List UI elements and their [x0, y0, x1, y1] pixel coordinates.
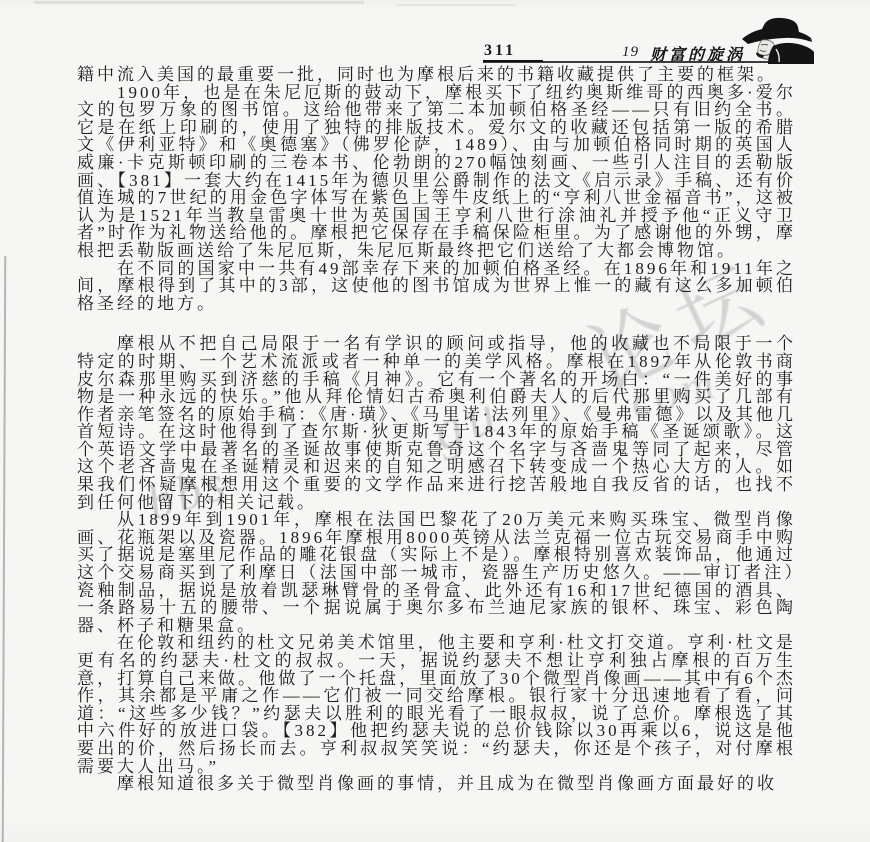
paragraph: 摩根从不把自己局限于一名有学识的顾问或指导，他的收藏也不局限于一个特定的时期、一…: [77, 335, 796, 511]
paragraph: 籍中流入美国的最重要一批，同时也为摩根后来的书籍收藏提供了主要的框架。: [77, 66, 796, 84]
scan-artifact-top-smudge: [396, 4, 516, 6]
paragraph: 在不同的国家中一共有49部幸存下来的加顿伯格圣经。在1896年和1911年之间，…: [77, 260, 796, 313]
paragraph: 1900年，也是在朱尼厄斯的鼓动下，摩根买下了纽约奥斯维哥的西奥多·爱尔文的包罗…: [77, 84, 796, 260]
scan-artifact-top-smudge: [34, 1, 364, 4]
page-number-underline: [483, 60, 543, 62]
page-body: 籍中流入美国的最重要一批，同时也为摩根后来的书籍收藏提供了主要的框架。 1900…: [77, 66, 796, 793]
morgan-portrait-icon: [740, 16, 814, 64]
paragraph: 在伦敦和纽约的杜文兄弟美术馆里，他主要和亨利·杜文打交道。亨利·杜文是更有名的约…: [77, 634, 796, 775]
chapter-number: 19: [622, 44, 639, 61]
paragraph: 摩根知道很多关于微型肖像画的事情，并且成为在微型肖像画方面最好的收: [77, 775, 796, 793]
page-number: 311: [484, 42, 516, 60]
paragraph: 从1899年到1901年，摩根在法国巴黎花了20万美元来购买珠宝、微型肖像画、花…: [77, 511, 796, 634]
